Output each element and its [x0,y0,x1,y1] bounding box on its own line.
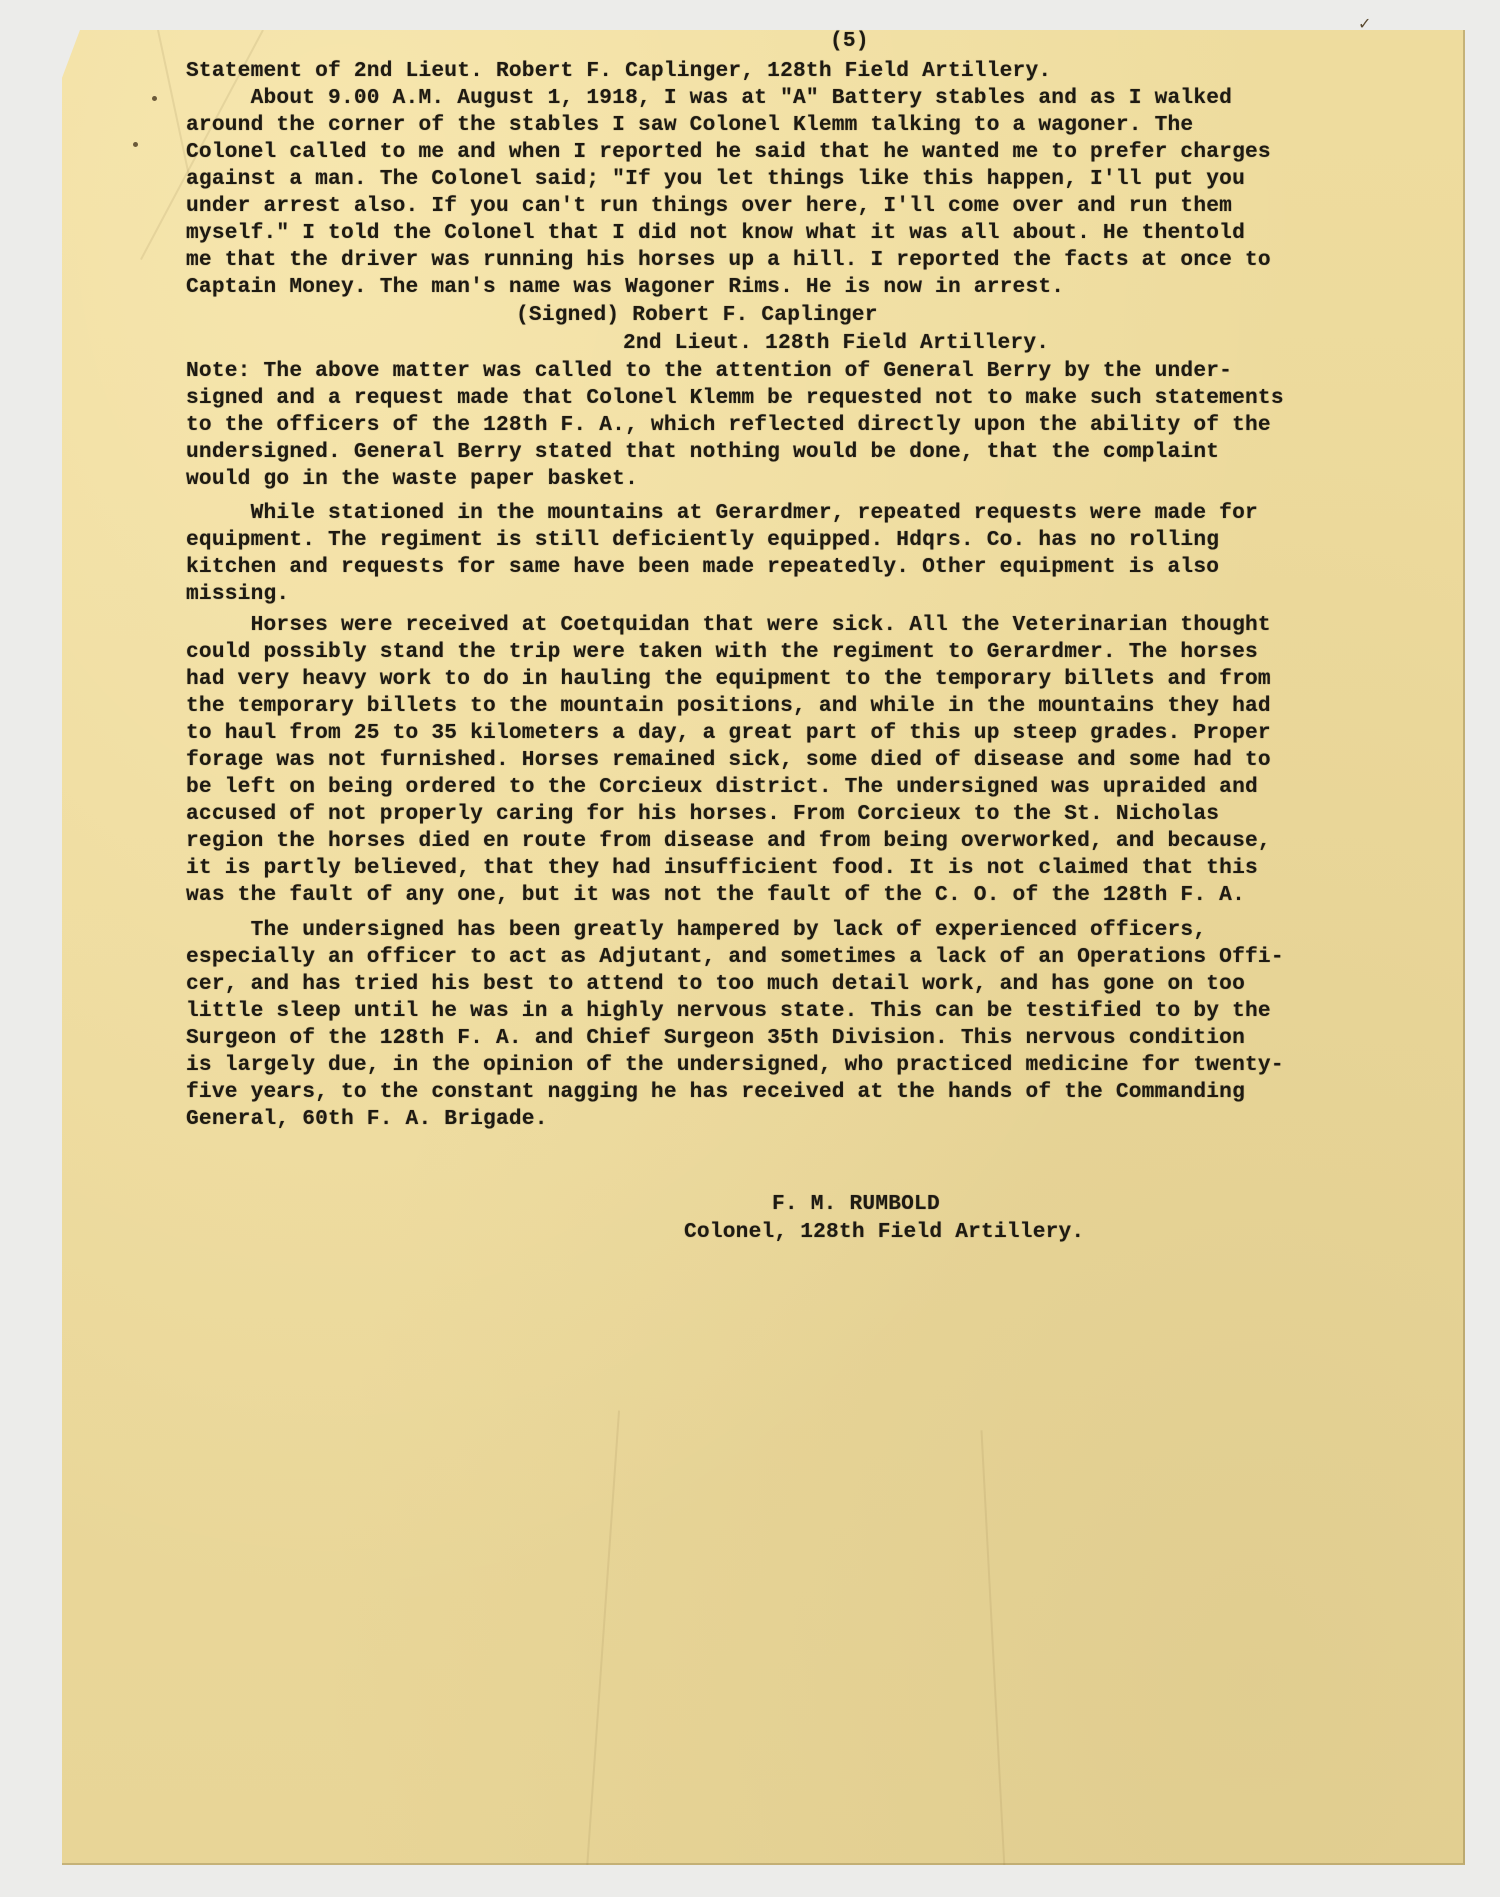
note-line: would go in the waste paper basket. [186,466,638,493]
officers-line: The undersigned has been greatly hampere… [186,917,1206,944]
staple-hole [152,96,157,101]
page-number: (5) [830,28,869,55]
closing-signature-name: F. M. RUMBOLD [772,1192,940,1216]
officers-line: especially an officer to act as Adjutant… [186,944,1284,971]
horses-line: it is partly believed, that they had ins… [186,855,1258,882]
statement-line: Colonel called to me and when I reported… [186,139,1271,166]
statement-line: Captain Money. The man's name was Wagone… [186,274,1064,301]
officers-line: General, 60th F. A. Brigade. [186,1106,548,1133]
statement-line: against a man. The Colonel said; "If you… [186,166,1245,193]
closing-signature-title: Colonel, 128th Field Artillery. [684,1220,1084,1244]
statement-line: under arrest also. If you can't run thin… [186,193,1232,220]
equipment-line: While stationed in the mountains at Gera… [186,500,1258,527]
equipment-line: missing. [186,581,289,608]
horses-line: forage was not furnished. Horses remaine… [186,747,1271,774]
note-line: undersigned. General Berry stated that n… [186,439,1219,466]
horses-line: accused of not properly caring for his h… [186,801,1219,828]
statement-heading: Statement of 2nd Lieut. Robert F. Caplin… [186,58,1051,85]
horses-line: be left on being ordered to the Corcieux… [186,774,1258,801]
pencil-check-mark: ✓ [1358,14,1371,33]
note-line: signed and a request made that Colonel K… [186,385,1284,412]
officers-line: Surgeon of the 128th F. A. and Chief Sur… [186,1025,1245,1052]
statement-line: myself." I told the Colonel that I did n… [186,220,1245,247]
officers-line: five years, to the constant nagging he h… [186,1079,1245,1106]
paper-crease [586,1410,620,1869]
statement-line: About 9.00 A.M. August 1, 1918, I was at… [186,85,1232,112]
statement-line: me that the driver was running his horse… [186,247,1271,274]
statement-rank-line: 2nd Lieut. 128th Field Artillery. [623,331,1049,355]
paper-crease [980,1430,1005,1870]
staple-hole [133,142,138,147]
horses-line: had very heavy work to do in hauling the… [186,666,1271,693]
horses-line: Horses were received at Coetquidan that … [186,612,1271,639]
officers-line: is largely due, in the opinion of the un… [186,1052,1284,1079]
horses-line: to haul from 25 to 35 kilometers a day, … [186,720,1271,747]
horses-line: could possibly stand the trip were taken… [186,639,1258,666]
equipment-line: kitchen and requests for same have been … [186,554,1219,581]
horses-line: the temporary billets to the mountain po… [186,693,1271,720]
note-line: Note: The above matter was called to the… [186,358,1232,385]
statement-line: around the corner of the stables I saw C… [186,112,1193,139]
statement-signed-line: (Signed) Robert F. Caplinger [516,303,878,327]
equipment-line: equipment. The regiment is still deficie… [186,527,1219,554]
officers-line: little sleep until he was in a highly ne… [186,998,1271,1025]
officers-line: cer, and has tried his best to attend to… [186,971,1245,998]
note-line: to the officers of the 128th F. A., whic… [186,412,1271,439]
horses-line: region the horses died en route from dis… [186,828,1271,855]
horses-line: was the fault of any one, but it was not… [186,882,1245,909]
